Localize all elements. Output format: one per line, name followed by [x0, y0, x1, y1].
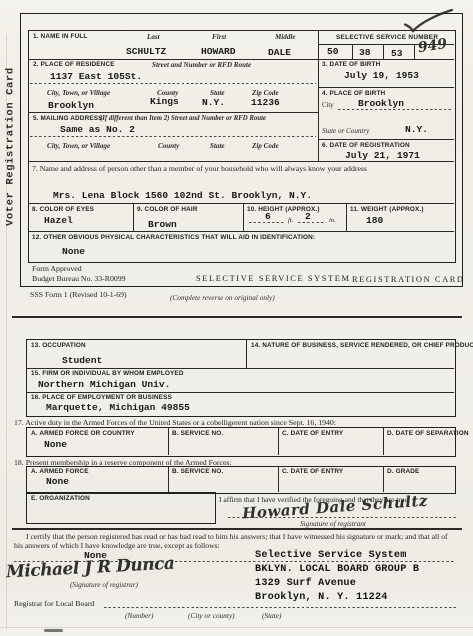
write-line	[338, 109, 452, 110]
hair-value: Brown	[148, 219, 177, 230]
eyes-value: Hazel	[44, 215, 73, 226]
cell-divider	[278, 427, 279, 455]
residence-hint: Street and Number or RFD Route	[152, 61, 251, 69]
cell-divider	[168, 466, 169, 492]
name-last-value: SCHULTZ	[126, 46, 166, 57]
registrant-signature-label: Signature of registrant	[300, 519, 366, 528]
firm-label: 15. FIRM OR INDIVIDUAL BY WHOM EMPLOYED	[31, 370, 184, 377]
organization-label: E. ORGANIZATION	[31, 495, 90, 502]
item17-cell-b-label: B. SERVICE NO.	[172, 430, 223, 437]
item18-cell-d-label: D. GRADE	[387, 468, 419, 475]
rule	[28, 112, 318, 113]
item18-cell-c-label: C. DATE OF ENTRY	[282, 468, 343, 475]
other-characteristics-label: 12. OTHER OBVIOUS PHYSICAL CHARACTERISTI…	[32, 234, 315, 241]
bottom-col-number: (Number)	[125, 611, 153, 620]
registrar-signature: Michael J R Dunca	[6, 554, 175, 583]
stamp-line-2: BKLYN. LOCAL BOARD GROUP B	[255, 564, 419, 575]
eyes-label: 8. COLOR OF EYES	[32, 206, 94, 213]
residence-street-value: 1137 East 105St.	[50, 71, 142, 82]
form-approved-text: Form Approved	[32, 264, 82, 273]
rule	[28, 161, 454, 162]
ssn-divider	[383, 44, 384, 59]
write-line	[249, 222, 285, 223]
cell-divider	[346, 203, 347, 231]
sss-form-number: SSS Form 1 (Revised 10-1-69)	[30, 290, 127, 299]
other-characteristics-value: None	[62, 246, 85, 257]
cell-divider	[168, 427, 169, 455]
residence-col-city: City, Town, or Village	[47, 89, 110, 97]
rule	[12, 528, 462, 530]
write-line	[30, 83, 316, 84]
residence-zip-value: 11236	[251, 97, 280, 108]
name-first-value: HOWARD	[201, 46, 236, 57]
item17-cell-a-value: None	[44, 439, 67, 450]
ink-smudge	[44, 629, 63, 632]
item18-cell-b-label: B. SERVICE NO.	[172, 468, 223, 475]
occupation-label: 13. OCCUPATION	[31, 342, 86, 349]
mailing-value: Same as No. 2	[60, 124, 135, 135]
ssn-divider	[414, 44, 415, 59]
scanned-registration-card-page: Voter Registration Card 1. NAME IN FULL …	[0, 0, 473, 636]
side-label-voter-registration: Voter Registration Card	[1, 28, 20, 266]
ssn-segment-2: 38	[359, 47, 371, 58]
cell-divider	[278, 466, 279, 492]
height-feet-value: 6	[265, 211, 271, 222]
dob-label: 3. DATE OF BIRTH	[322, 61, 380, 68]
stamp-line-3: 1329 Surf Avenue	[255, 578, 356, 589]
pob-city-label: City	[322, 102, 334, 109]
cell-divider	[246, 339, 247, 368]
write-line	[104, 607, 456, 608]
residence-label: 2. PLACE OF RESIDENCE	[33, 61, 115, 68]
hair-label: 9. COLOR OF HAIR	[137, 206, 198, 213]
contact-label: 7. Name and address of person other than…	[32, 164, 367, 173]
weight-label: 11. WEIGHT (APPROX.)	[350, 206, 424, 213]
name-middle-value: DALE	[268, 47, 291, 58]
residence-col-state: State	[210, 89, 225, 97]
cell-divider	[133, 203, 134, 231]
registrar-signature-label: (Signature of registrar)	[70, 580, 138, 589]
bottom-col-state: (State)	[262, 611, 281, 620]
cell-divider	[243, 203, 244, 231]
board-line-label: Registrar for Local Board	[14, 599, 94, 608]
height-ft-label: ft.	[288, 217, 293, 224]
height-inches-value: 2	[305, 211, 311, 222]
registration-card-title: REGISTRATION CARD	[352, 275, 465, 284]
rule	[28, 203, 454, 204]
name-col-first: First	[212, 33, 226, 41]
mailing-col-county: County	[158, 142, 179, 150]
pob-state-label: State or Country	[322, 127, 369, 135]
complete-reverse-note: (Complete reverse on original only)	[170, 293, 275, 302]
cell-divider	[383, 427, 384, 455]
residence-col-zip: Zip Code	[252, 89, 279, 97]
ssn-divider	[352, 44, 353, 59]
pob-label: 4. PLACE OF BIRTH	[322, 90, 385, 97]
stamp-line-4: Brooklyn, N. Y. 11224	[255, 592, 388, 603]
paper-bottom-edge	[0, 627, 473, 628]
rule	[318, 87, 454, 88]
residence-state-value: N.Y.	[202, 97, 225, 108]
write-line	[298, 222, 326, 223]
selective-service-system-title: SELECTIVE SERVICE SYSTEM	[196, 274, 351, 283]
registration-card-back-top-edge	[12, 316, 462, 318]
name-col-last: Last	[147, 33, 160, 41]
pob-state-value: N.Y.	[405, 124, 428, 135]
rule	[318, 139, 454, 140]
occupation-value: Student	[62, 355, 102, 366]
name-col-middle: Middle	[275, 33, 296, 41]
residence-county-value: Kings	[150, 96, 179, 107]
bottom-col-city: (City or county)	[188, 611, 235, 620]
employment-place-label: 16. PLACE OF EMPLOYMENT OR BUSINESS	[31, 394, 172, 401]
ssn-segment-1: 50	[327, 46, 339, 57]
item18-cell-a-value: None	[46, 476, 69, 487]
item17-cell-d-label: D. DATE OF SEPARATION	[387, 430, 469, 437]
contact-value: Mrs. Lena Block 1560 102nd St. Brooklyn,…	[53, 190, 312, 201]
firm-value: Northern Michigan Univ.	[38, 379, 170, 390]
item17-cell-a-label: A. ARMED FORCE OR COUNTRY	[31, 430, 135, 437]
rule	[28, 231, 454, 232]
budget-bureau-text: Budget Bureau No. 33-R0099	[32, 274, 126, 283]
item18-cell-a-label: A. ARMED FORCE	[31, 468, 89, 475]
residence-city-value: Brooklyn	[48, 100, 94, 111]
mailing-col-city: City, Town, or Village	[47, 142, 110, 150]
certify-text: I certify that the person registered has…	[14, 532, 458, 550]
field-name-label: 1. NAME IN FULL	[33, 33, 87, 40]
ssn-segment-3: 53	[391, 48, 403, 59]
item17-label: 17. Active duty in the Armed Forces of t…	[14, 418, 336, 427]
business-nature-label: 14. NATURE OF BUSINESS, SERVICE RENDERED…	[251, 342, 473, 349]
item17-cell-c-label: C. DATE OF ENTRY	[282, 430, 343, 437]
pob-city-value: Brooklyn	[358, 98, 404, 109]
mailing-col-zip: Zip Code	[252, 142, 279, 150]
mailing-label: 5. MAILING ADDRESS	[33, 115, 103, 122]
write-line	[30, 136, 316, 137]
stamp-line-1: Selective Service System	[255, 550, 407, 561]
weight-value: 180	[366, 215, 383, 226]
height-in-label: in.	[329, 217, 336, 224]
column-divider	[318, 30, 319, 161]
registration-date-value: July 21, 1971	[345, 150, 420, 161]
employment-place-value: Marquette, Michigan 49855	[46, 402, 190, 413]
registration-date-label: 6. DATE OF REGISTRATION	[322, 142, 410, 149]
mailing-hint: (If different than Item 2) Street and Nu…	[100, 115, 266, 122]
mailing-col-state: State	[210, 142, 225, 150]
cell-divider	[383, 466, 384, 492]
dob-value: July 19, 1953	[344, 70, 419, 81]
